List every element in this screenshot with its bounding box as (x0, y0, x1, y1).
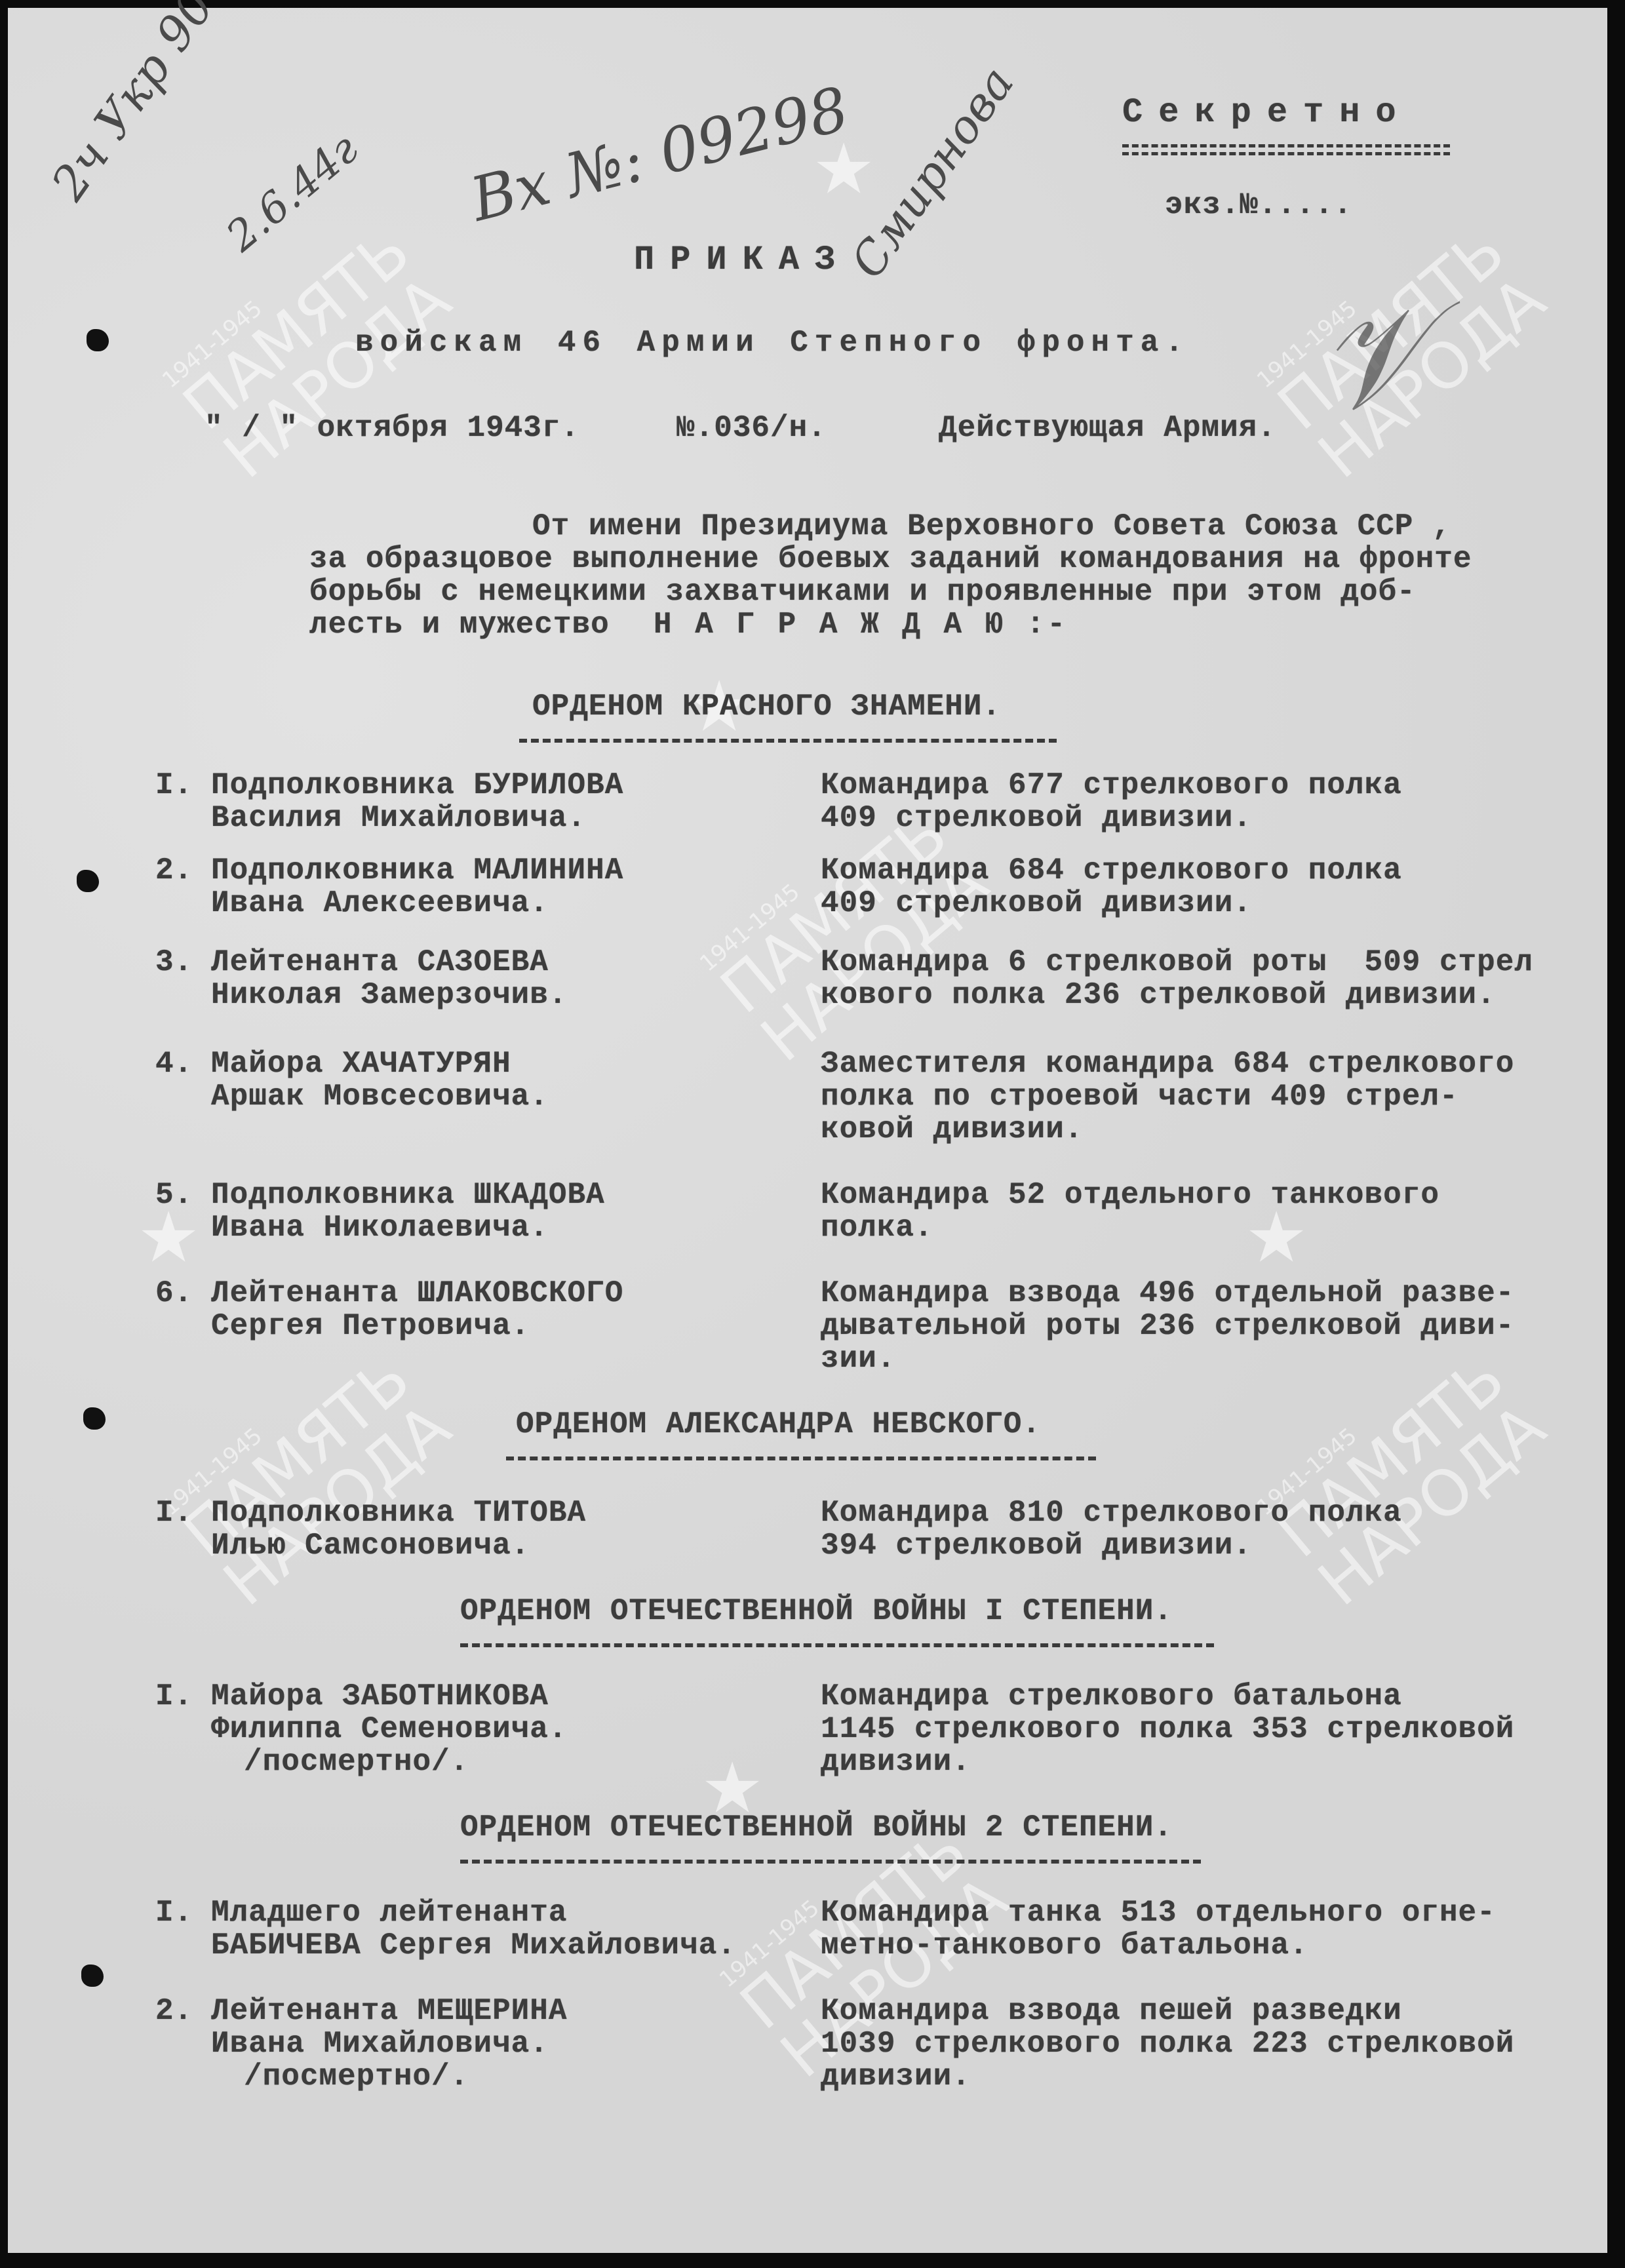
punch-hole (87, 329, 109, 351)
entry-number: 2. (155, 853, 193, 888)
entry-name-rank: Лейтенанта ШЛАКОВСКОГО (211, 1276, 623, 1310)
entry-name: Филиппа Семеновича. (211, 1712, 568, 1746)
entry-name-rank: Подполковника БУРИЛОВА (211, 768, 623, 802)
punch-hole (83, 1407, 106, 1430)
entry-name: Николая Замерзочив. (211, 978, 568, 1012)
section-divider (460, 1643, 1214, 1647)
watermark: 1941-1945ПАМЯТЬНАРОДА (1253, 1329, 1556, 1616)
entry-number: 4. (155, 1047, 193, 1081)
divider (1122, 152, 1450, 155)
entry-posthumous: /посмертно/. (244, 2060, 469, 2094)
entry-position: Командира 677 стрелкового полка (821, 768, 1402, 802)
entry-position: 394 стрелковой дивизии. (821, 1529, 1252, 1563)
preamble-line: лесть и мужество (309, 608, 610, 642)
entry-position: 1039 стрелкового полка 223 стрелковой (821, 2027, 1514, 2061)
section-heading: ОРДЕНОМ КРАСНОГО ЗНАМЕНИ. (532, 690, 1001, 724)
entry-number: 2. (155, 1994, 193, 2028)
preamble-line: за образцовое выполнение боевых заданий … (309, 542, 1472, 576)
entry-number: 5. (155, 1178, 193, 1212)
order-location: Действующая Армия. (939, 411, 1276, 445)
entry-number: 6. (155, 1276, 193, 1310)
signature: 𝒱 (1308, 277, 1438, 444)
entry-name: Илью Самсоновича. (211, 1529, 530, 1563)
entry-name: БАБИЧЕВА Сергея Михайловича. (211, 1928, 736, 1963)
entry-number: 3. (155, 945, 193, 979)
entry-name-rank: Подполковника ТИТОВА (211, 1496, 586, 1530)
entry-name: Василия Михайловича. (211, 801, 586, 835)
section-divider (519, 739, 1057, 743)
entry-position: дивизии. (821, 1745, 971, 1779)
punch-hole (81, 1965, 104, 1987)
entry-position: 409 стрелковой дивизии. (821, 886, 1252, 920)
document-page: ★ 1941-1945ПАМЯТЬНАРОДА 1941-1945ПАМЯТЬН… (8, 8, 1607, 2253)
copy-number: экз.№..... (1165, 188, 1352, 222)
punch-hole (77, 870, 99, 892)
entry-position: кового полка 236 стрелковой дивизии. (821, 978, 1496, 1012)
entry-name-rank: Лейтенанта САЗОЕВА (211, 945, 549, 979)
entry-position: Командира взвода пешей разведки (821, 1994, 1402, 2028)
entry-name-rank: Подполковника ШКАДОВА (211, 1178, 605, 1212)
entry-position: дивизии. (821, 2060, 971, 2094)
handwritten-note: 2ч Укр 90 (41, 0, 225, 210)
entry-posthumous: /посмертно/. (244, 1745, 469, 1779)
entry-name-rank: Майора ЗАБОТНИКОВА (211, 1679, 549, 1713)
classification-label: Секретно (1122, 93, 1412, 132)
entry-position: 1145 стрелкового полка 353 стрелковой (821, 1712, 1514, 1746)
award-word: Н А Г Р А Ж Д А Ю :- (654, 608, 1068, 642)
entry-position: полка по строевой части 409 стрел- (821, 1080, 1459, 1114)
order-title: ПРИКАЗ (634, 241, 851, 279)
entry-number: I. (155, 1896, 193, 1930)
entry-position: Командира 810 стрелкового полка (821, 1496, 1402, 1530)
order-date: " / " октября 1943г. (205, 411, 579, 445)
section-heading: ОРДЕНОМ ОТЕЧЕСТВЕННОЙ ВОЙНЫ 2 СТЕПЕНИ. (460, 1810, 1173, 1845)
entry-name: Ивана Михайловича. (211, 2027, 549, 2061)
section-heading: ОРДЕНОМ АЛЕКСАНДРА НЕВСКОГО. (516, 1407, 1041, 1441)
entry-position: Командира стрелкового батальона (821, 1679, 1402, 1713)
entry-position: Заместителя командира 684 стрелкового (821, 1047, 1514, 1081)
entry-position: Командира 684 стрелкового полка (821, 853, 1402, 888)
entry-number: I. (155, 1679, 193, 1713)
order-number: №.036/н. (676, 411, 827, 445)
entry-position: 409 стрелковой дивизии. (821, 801, 1252, 835)
entry-position: Командира 6 стрелковой роты 509 стрел (821, 945, 1533, 979)
section-divider (460, 1860, 1201, 1864)
entry-name-rank: Лейтенанта МЕЩЕРИНА (211, 1994, 568, 2028)
entry-name: Ивана Алексеевича. (211, 886, 549, 920)
entry-position: Командира взвода 496 отдельной разве- (821, 1276, 1514, 1310)
section-divider (506, 1457, 1096, 1460)
entry-position: Командира 52 отдельного танкового (821, 1178, 1439, 1212)
entry-name: Сергея Петровича. (211, 1309, 530, 1343)
entry-position: метно-танкового батальона. (821, 1928, 1308, 1963)
entry-name-rank: Младшего лейтенанта (211, 1896, 568, 1930)
entry-number: I. (155, 1496, 193, 1530)
section-heading: ОРДЕНОМ ОТЕЧЕСТВЕННОЙ ВОЙНЫ I СТЕПЕНИ. (460, 1594, 1173, 1628)
preamble-line: От имени Президиума Верховного Совета Со… (532, 509, 1451, 543)
entry-position: дывательной роты 236 стрелковой диви- (821, 1309, 1514, 1343)
entry-name: Аршак Мовсесовича. (211, 1080, 549, 1114)
entry-position: зии. (821, 1342, 895, 1376)
order-subtitle: войскам 46 Армии Степного фронта. (355, 326, 1190, 360)
entry-name: Ивана Николаевича. (211, 1211, 549, 1245)
entry-name-rank: Подполковника МАЛИНИНА (211, 853, 623, 888)
entry-position: Командира танка 513 отдельного огне- (821, 1896, 1496, 1930)
entry-number: I. (155, 768, 193, 802)
entry-name-rank: Майора ХАЧАТУРЯН (211, 1047, 511, 1081)
divider (1122, 144, 1450, 147)
entry-position: полка. (821, 1211, 933, 1245)
watermark: 1941-1945ПАМЯТЬНАРОДА (159, 1329, 461, 1616)
entry-position: ковой дивизии. (821, 1112, 1083, 1146)
handwritten-incoming-number: Вх №: 09298 (464, 73, 855, 235)
preamble-line: борьбы с немецкими захватчиками и проявл… (309, 575, 1416, 609)
